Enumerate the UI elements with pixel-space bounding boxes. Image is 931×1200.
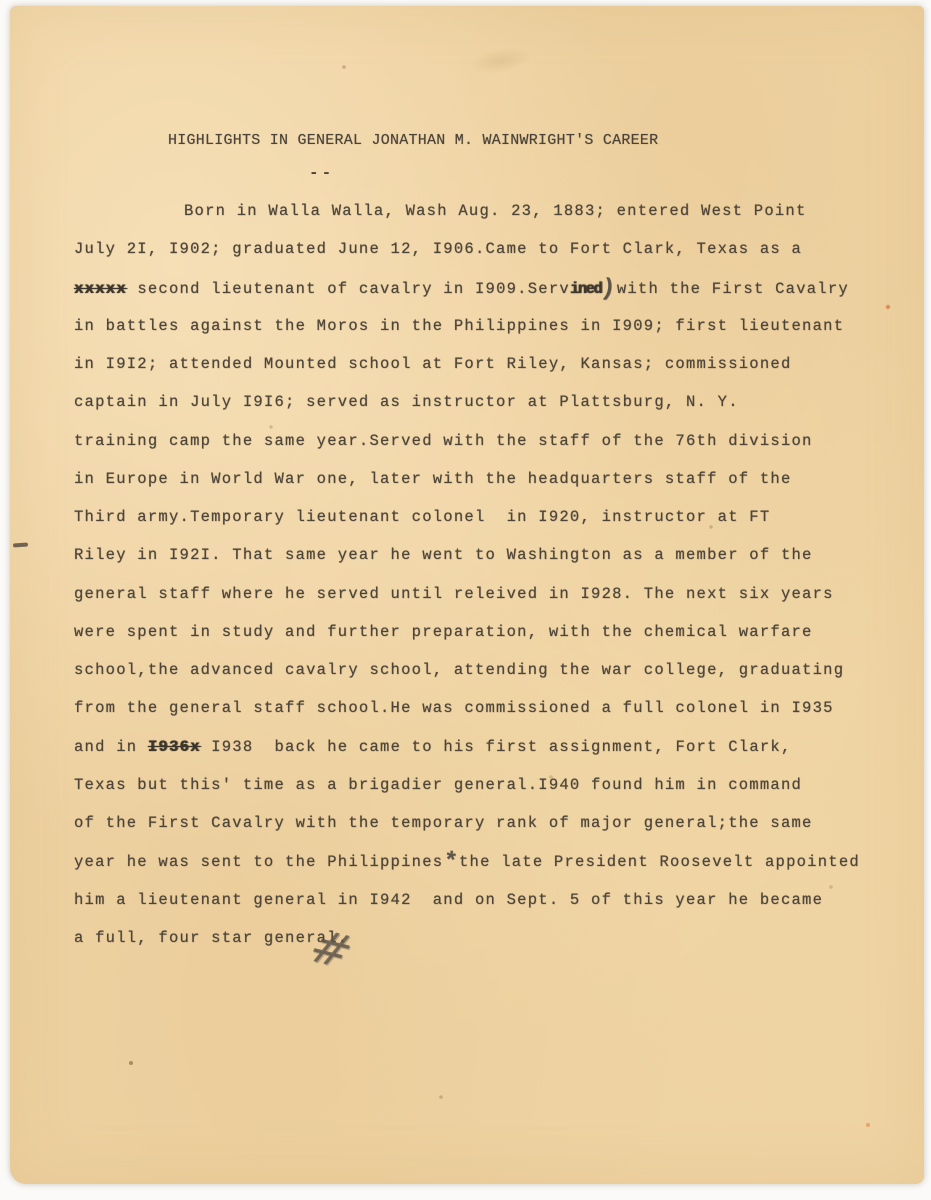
document-page: HIGHLIGHTS IN GENERAL JONATHAN M. WAINWR… [10,6,924,1184]
typed-line: year he was sent to the Philippines*the … [74,842,894,880]
typed-text: Third army.Temporary lieutenant colonel … [74,508,770,526]
typed-text: were spent in study and further preparat… [74,623,813,641]
typed-text: and in [74,738,148,756]
typed-line: Born in Walla Walla, Wash Aug. 23, 1883;… [74,192,894,230]
typed-text: in I9I2; attended Mounted school at Fort… [74,355,792,373]
typed-text: in Europe in World War one, later with t… [74,470,792,488]
typed-text: a full, four star general. [74,929,348,947]
typed-line: general staff where he served until rele… [74,575,894,613]
typed-line: of the First Cavalry with the temporary … [74,804,894,842]
typed-line: were spent in study and further preparat… [74,613,894,651]
struck-out-text: xxxxx [74,280,127,298]
typed-line: from the general staff school.He was com… [74,689,894,727]
typed-text: him a lieutenant general in I942 and on … [74,891,823,909]
typed-text: captain in July I9I6; served as instruct… [74,393,739,411]
typed-line: Third army.Temporary lieutenant colonel … [74,498,894,536]
typed-text: from the general staff school.He was com… [74,699,834,717]
separator-dashes: -- [309,164,334,182]
typed-text: of the First Cavalry with the temporary … [74,814,813,832]
typed-text: second lieutenant of cavalry in I909.Ser… [127,280,570,298]
typed-line: a full, four star general. [74,919,894,957]
typed-line: Texas but this' time as a brigadier gene… [74,766,894,804]
typed-text: training camp the same year.Served with … [74,432,813,450]
edge-mark [13,542,28,547]
typed-line: and in I936x I938 back he came to his fi… [74,728,894,766]
typed-text: Born in Walla Walla, Wash Aug. 23, 1883;… [184,202,807,220]
pencil-annotation: ) [598,269,619,309]
overtyped-text: ined [570,280,601,298]
document-title: HIGHLIGHTS IN GENERAL JONATHAN M. WAINWR… [168,132,658,149]
typed-body: Born in Walla Walla, Wash Aug. 23, 1883;… [74,192,894,957]
typed-text: school,the advanced cavalry school, atte… [74,661,844,679]
typed-text: I938 back he came to his first assignmen… [201,738,792,756]
typed-text: year he was sent to the Philippines [74,853,443,871]
typed-text: July 2I, I902; graduated June 12, I906.C… [74,240,802,258]
typed-text: general staff where he served until rele… [74,585,834,603]
typed-line: July 2I, I902; graduated June 12, I906.C… [74,230,894,268]
typed-line: in Europe in World War one, later with t… [74,460,894,498]
paper-speckles [10,6,12,8]
typed-line: xxxxx second lieutenant of cavalry in I9… [74,269,894,307]
struck-out-text: I936x [148,738,201,756]
typed-line: training camp the same year.Served with … [74,422,894,460]
typed-text: in battles against the Moros in the Phil… [74,317,844,335]
typed-line: Riley in I92I. That same year he went to… [74,536,894,574]
typed-text: Texas but this' time as a brigadier gene… [74,776,802,794]
paper-stain [463,42,536,80]
typed-line: in battles against the Moros in the Phil… [74,307,894,345]
typed-line: in I9I2; attended Mounted school at Fort… [74,345,894,383]
typed-line: school,the advanced cavalry school, atte… [74,651,894,689]
pencil-annotation: * [440,843,461,883]
typed-line: captain in July I9I6; served as instruct… [74,383,894,421]
scan-background: HIGHLIGHTS IN GENERAL JONATHAN M. WAINWR… [0,0,931,1200]
typed-text: Riley in I92I. That same year he went to… [74,546,813,564]
typed-text: with the First Cavalry [617,280,849,298]
typed-line: him a lieutenant general in I942 and on … [74,881,894,919]
typed-text: the late President Roosevelt appointed [459,853,860,871]
